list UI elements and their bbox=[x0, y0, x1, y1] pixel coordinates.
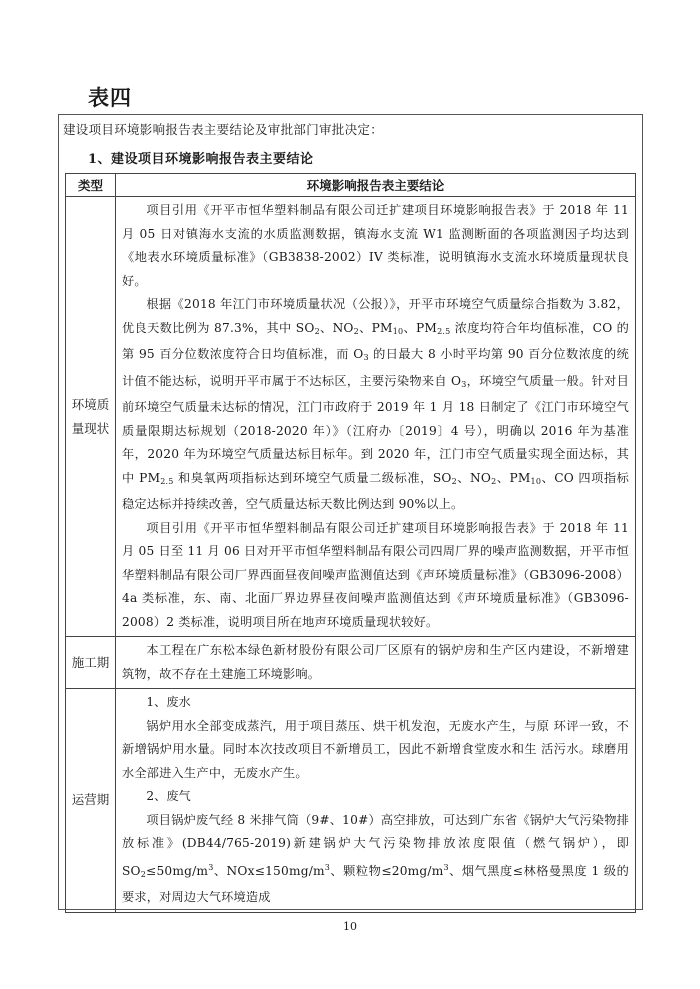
type-cell-environment-quality: 环境质 量现状 bbox=[66, 197, 116, 637]
wastewater-paragraph: 锅炉用水全部变成蒸汽，用于项目蒸压、烘干机发泡，无废水产生，与原 环评一致，不新… bbox=[122, 715, 629, 786]
type-cell-operation: 运营期 bbox=[66, 689, 116, 913]
type-label-line: 量现状 bbox=[66, 417, 115, 441]
page-number: 10 bbox=[0, 920, 700, 933]
intro-text: 建设项目环境影响报告表主要结论及审批部门审批决定： bbox=[63, 120, 383, 138]
exhaust-gas-heading: 2、废气 bbox=[122, 785, 629, 809]
conclusions-table: 类型 环境影响报告表主要结论 环境质 量现状 项目引用《开平市恒华塑料制品有限公… bbox=[65, 173, 636, 913]
type-label-line: 环境质 bbox=[66, 393, 115, 417]
table-row: 环境质 量现状 项目引用《开平市恒华塑料制品有限公司迁扩建项目环境影响报告表》于… bbox=[66, 197, 636, 637]
content-cell-construction: 本工程在广东松本绿色新材股份有限公司厂区原有的锅炉房和生产区内建设，不新增建筑物… bbox=[116, 637, 636, 689]
header-type: 类型 bbox=[66, 174, 116, 197]
exhaust-gas-paragraph: 项目锅炉废气经 8 米排气筒（9#、10#）高空排放，可达到广东省《锅炉大气污染… bbox=[122, 809, 629, 910]
table-row: 施工期 本工程在广东松本绿色新材股份有限公司厂区原有的锅炉房和生产区内建设，不新… bbox=[66, 637, 636, 689]
air-quality-paragraph: 根据《2018 年江门市环境质量状况（公报）》，开平市环境空气质量综合指数为 3… bbox=[122, 293, 629, 517]
wastewater-heading: 1、废水 bbox=[122, 691, 629, 715]
header-conclusions: 环境影响报告表主要结论 bbox=[116, 174, 636, 197]
content-cell-operation: 1、废水 锅炉用水全部变成蒸汽，用于项目蒸压、烘干机发泡，无废水产生，与原 环评… bbox=[116, 689, 636, 913]
noise-quality-paragraph: 项目引用《开平市恒华塑料制品有限公司迁扩建项目环境影响报告表》于 2018 年 … bbox=[122, 517, 629, 635]
section-heading: 1、建设项目环境影响报告表主要结论 bbox=[88, 148, 314, 167]
water-quality-paragraph: 项目引用《开平市恒华塑料制品有限公司迁扩建项目环境影响报告表》于 2018 年 … bbox=[122, 199, 629, 293]
page-heading: 表四 bbox=[88, 82, 132, 112]
construction-paragraph: 本工程在广东松本绿色新材股份有限公司厂区原有的锅炉房和生产区内建设，不新增建筑物… bbox=[122, 639, 629, 686]
table-header-row: 类型 环境影响报告表主要结论 bbox=[66, 174, 636, 197]
content-cell-environment-quality: 项目引用《开平市恒华塑料制品有限公司迁扩建项目环境影响报告表》于 2018 年 … bbox=[116, 197, 636, 637]
table-row: 运营期 1、废水 锅炉用水全部变成蒸汽，用于项目蒸压、烘干机发泡，无废水产生，与… bbox=[66, 689, 636, 913]
type-cell-construction: 施工期 bbox=[66, 637, 116, 689]
